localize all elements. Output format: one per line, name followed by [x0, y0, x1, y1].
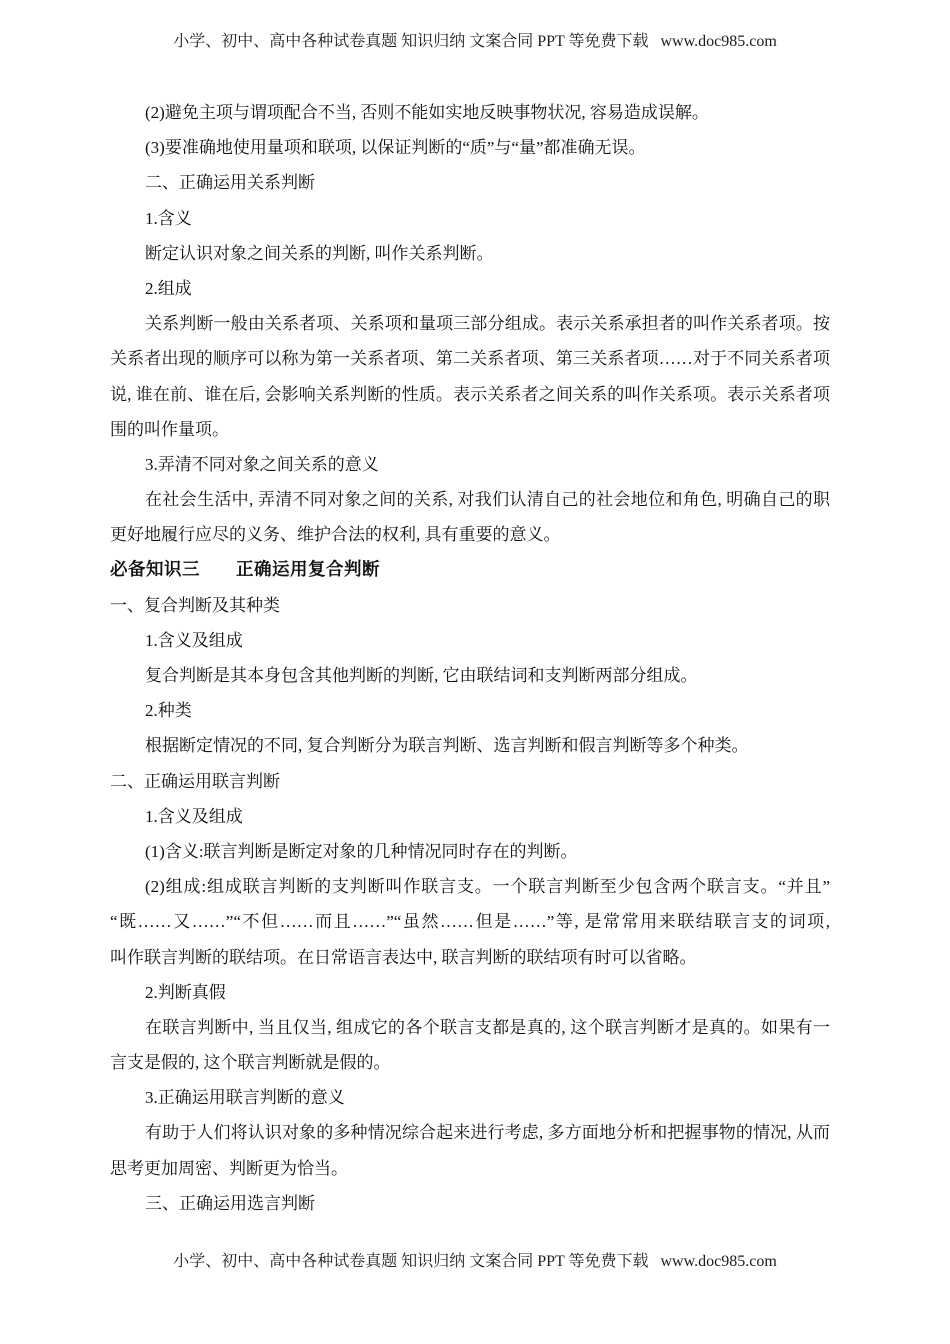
text-line: 围的叫作量项。	[110, 412, 830, 447]
text-line: 2.判断真假	[110, 975, 830, 1010]
text-line: 2.组成	[110, 271, 830, 306]
text-line: 1.含义及组成	[110, 799, 830, 834]
text-line: 根据断定情况的不同, 复合判断分为联言判断、选言判断和假言判断等多个种类。	[110, 728, 830, 763]
text-line: 1.含义	[110, 201, 830, 236]
text-line: 思考更加周密、判断更为恰当。	[110, 1151, 830, 1186]
document-page: (2)避免主项与谓项配合不当, 否则不能如实地反映事物状况, 容易造成误解。(3…	[110, 95, 830, 1221]
text-line: 关系判断一般由关系者项、关系项和量项三部分组成。表示关系承担者的叫作关系者项。按…	[110, 306, 830, 341]
text-line: (3)要准确地使用量项和联项, 以保证判断的“质”与“量”都准确无误。	[110, 130, 830, 165]
text-line: 有助于人们将认识对象的多种情况综合起来进行考虑, 多方面地分析和把握事物的情况,…	[110, 1115, 830, 1150]
text-line: 一、复合判断及其种类	[110, 588, 830, 623]
text-line: 1.含义及组成	[110, 623, 830, 658]
text-line: 在社会生活中, 弄清不同对象之间的关系, 对我们认清自己的社会地位和角色, 明确…	[110, 482, 830, 517]
text-line: “既……又……”“不但……而且……”“虽然……但是……”等, 是常常用来联结联言…	[110, 904, 830, 939]
text-line: 二、正确运用关系判断	[110, 165, 830, 200]
page-header-watermark: 小学、初中、高中各种试卷真题 知识归纳 文案合同 PPT 等免费下载 www.d…	[0, 28, 950, 51]
page-footer-watermark: 小学、初中、高中各种试卷真题 知识归纳 文案合同 PPT 等免费下载 www.d…	[0, 1248, 950, 1271]
text-line: 3.正确运用联言判断的意义	[110, 1080, 830, 1115]
text-line: 断定认识对象之间关系的判断, 叫作关系判断。	[110, 236, 830, 271]
text-line: (2)组成:组成联言判断的支判断叫作联言支。一个联言判断至少包含两个联言支。“并…	[110, 869, 830, 904]
text-line: 更好地履行应尽的义务、维护合法的权利, 具有重要的意义。	[110, 517, 830, 552]
text-line: 2.种类	[110, 693, 830, 728]
text-line: 二、正确运用联言判断	[110, 764, 830, 799]
text-line: 叫作联言判断的联结项。在日常语言表达中, 联言判断的联结项有时可以省略。	[110, 940, 830, 975]
text-line: 关系者出现的顺序可以称为第一关系者项、第二关系者项、第三关系者项……对于不同关系…	[110, 341, 830, 376]
text-line: 在联言判断中, 当且仅当, 组成它的各个联言支都是真的, 这个联言判断才是真的。…	[110, 1010, 830, 1045]
text-line: 言支是假的, 这个联言判断就是假的。	[110, 1045, 830, 1080]
text-line: (1)含义:联言判断是断定对象的几种情况同时存在的判断。	[110, 834, 830, 869]
text-line: 3.弄清不同对象之间关系的意义	[110, 447, 830, 482]
text-line: 说, 谁在前、谁在后, 会影响关系判断的性质。表示关系者之间关系的叫作关系项。表…	[110, 377, 830, 412]
text-line: 复合判断是其本身包含其他判断的判断, 它由联结词和支判断两部分组成。	[110, 658, 830, 693]
text-line: (2)避免主项与谓项配合不当, 否则不能如实地反映事物状况, 容易造成误解。	[110, 95, 830, 130]
section-heading: 必备知识三 正确运用复合判断	[110, 552, 830, 587]
text-line: 三、正确运用选言判断	[110, 1186, 830, 1221]
document-viewer: { "colors": { "background": "#ffffff", "…	[0, 0, 950, 1344]
